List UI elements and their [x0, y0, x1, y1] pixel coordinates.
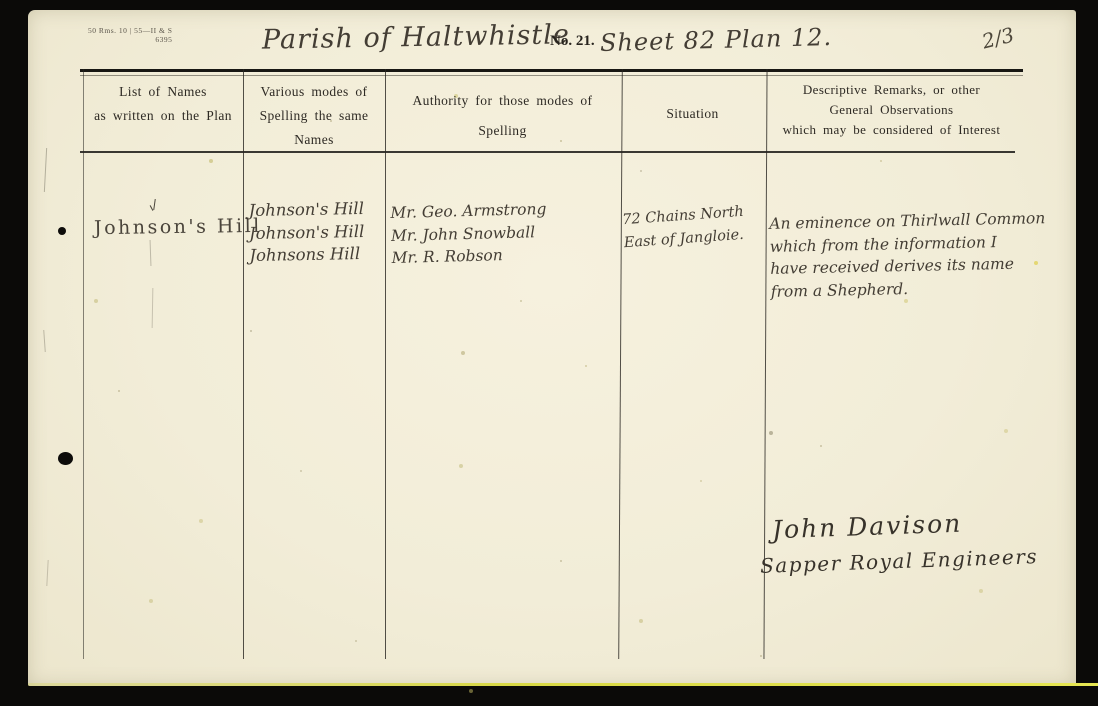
- ink-blot-small: [58, 227, 66, 235]
- authority-line: Mr. John Snowball: [391, 220, 548, 247]
- column-header-line: General Observations: [768, 100, 1015, 120]
- column-divider-1: [243, 69, 244, 659]
- column-header-spelling-modes: Various modes of Spelling the same Names: [246, 80, 382, 152]
- column-header-authority: Authority for those modes of Spelling: [388, 86, 617, 146]
- entry-name: Johnson's Hill: [94, 215, 262, 239]
- column-header-situation: Situation: [623, 102, 762, 126]
- paper-speckles: [0, 0, 2, 2]
- scan-edge-highlight: [28, 683, 1098, 686]
- spelling-line: Johnsons Hill: [249, 243, 365, 268]
- column-header-remarks: Descriptive Remarks, or other General Ob…: [768, 80, 1015, 140]
- spelling-line: Johnson's Hill: [248, 198, 364, 223]
- column-header-names: List of Names as written on the Plan: [86, 80, 240, 128]
- spelling-line: Johnson's Hill: [249, 220, 365, 245]
- ink-blot-large: [58, 452, 73, 465]
- table-left-border: [83, 69, 84, 659]
- column-header-line: which may be considered of Interest: [768, 120, 1015, 140]
- table-top-rule-thin: [80, 75, 1023, 76]
- column-header-line: Spelling the same Names: [246, 104, 382, 152]
- entry-authorities: Mr. Geo. Armstrong Mr. John Snowball Mr.…: [390, 198, 548, 270]
- printer-imprint-line2: 6395: [88, 35, 172, 44]
- column-header-line: Descriptive Remarks, or other: [768, 80, 1015, 100]
- parish-title-handwritten: Parish of Haltwhistle: [262, 19, 570, 55]
- column-header-line: Authority for those modes of: [388, 86, 617, 116]
- table-top-rule: [80, 69, 1023, 72]
- printer-imprint-line1: 50 Rms. 10 | 55—II & S: [88, 26, 172, 35]
- column-header-line: as written on the Plan: [86, 104, 240, 128]
- entry-spellings: Johnson's Hill Johnson's Hill Johnsons H…: [248, 198, 364, 268]
- column-header-line: Situation: [623, 102, 762, 126]
- column-header-line: Various modes of: [246, 80, 382, 104]
- book-number-label: No. 21.: [550, 33, 595, 50]
- entry-situation: 72 Chains North East of Jangloie.: [622, 201, 747, 255]
- authority-line: Mr. R. Robson: [391, 243, 548, 270]
- apostrophe-insertion-caret: [151, 199, 159, 211]
- scanned-name-book-page: 50 Rms. 10 | 55—II & S 6395 Parish of Ha…: [0, 0, 1098, 706]
- printer-imprint: 50 Rms. 10 | 55—II & S 6395: [88, 26, 172, 44]
- column-divider-2: [385, 69, 386, 659]
- column-header-line: Spelling: [388, 116, 617, 146]
- header-bottom-rule: [80, 151, 1015, 153]
- entry-remarks: An eminence on Thirlwall Common which fr…: [769, 207, 1047, 303]
- column-header-line: List of Names: [86, 80, 240, 104]
